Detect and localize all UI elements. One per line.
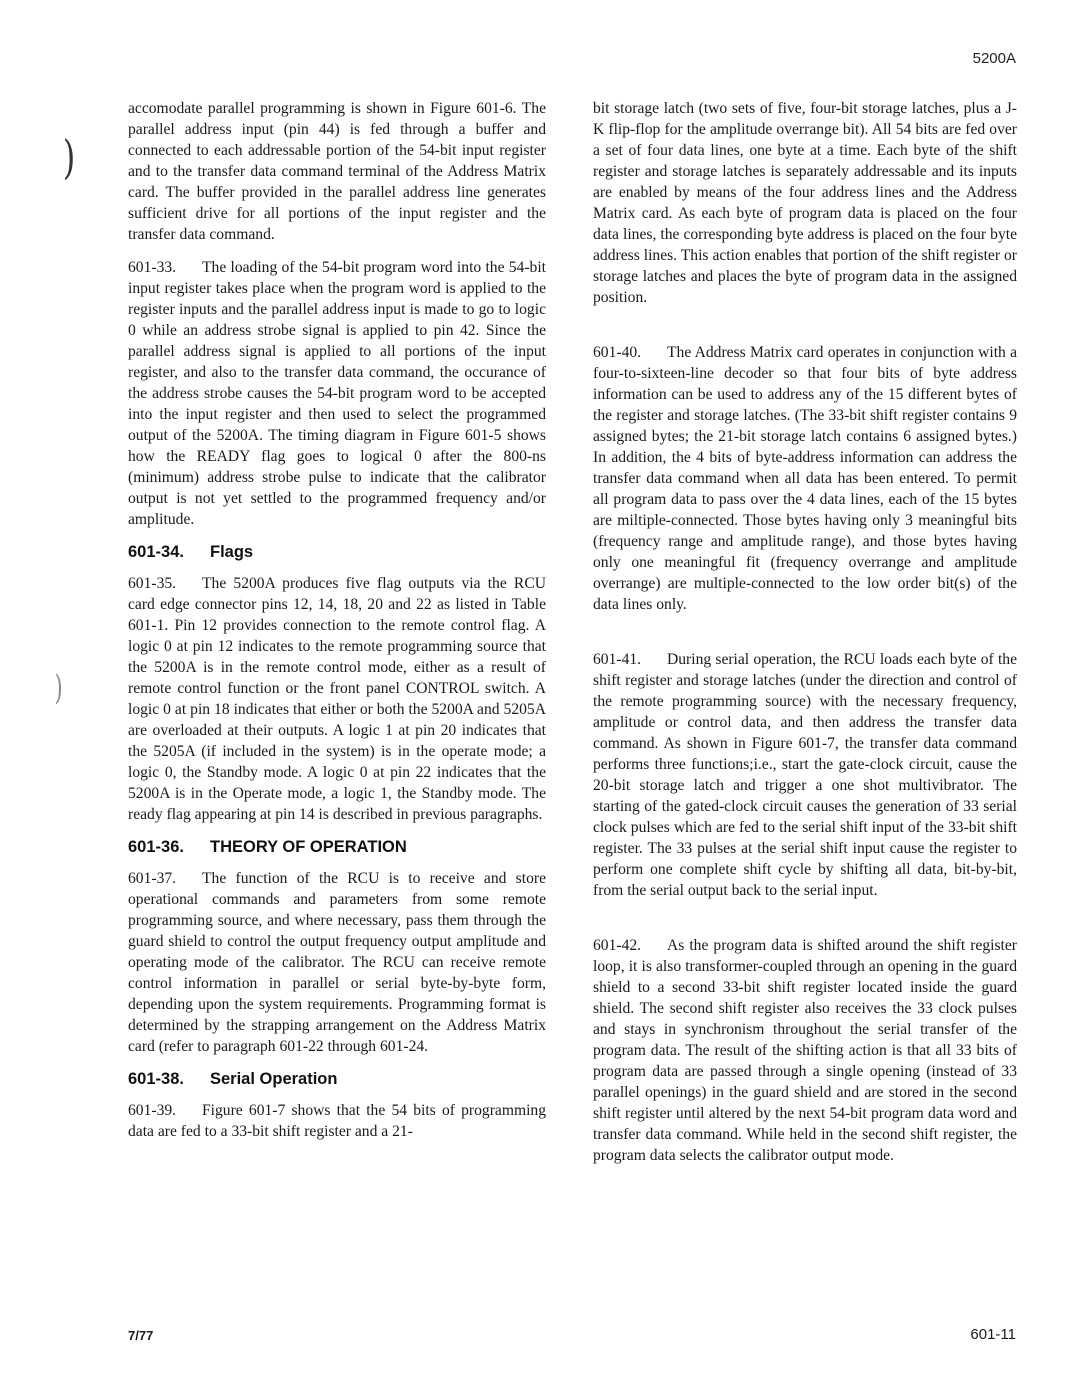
paragraph-number: 601-40. [593, 342, 667, 363]
heading-number: 601-36. [128, 837, 210, 858]
paragraph-text: As the program data is shifted around th… [593, 937, 1017, 1164]
paragraph-601-40: 601-40.The Address Matrix card operates … [593, 342, 1017, 615]
footer-date: 7/77 [128, 1328, 153, 1343]
heading-title: Serial Operation [210, 1070, 337, 1088]
heading-title: THEORY OF OPERATION [210, 838, 407, 856]
paragraph-number: 601-33. [128, 257, 202, 278]
margin-binding-mark: ) [63, 130, 76, 184]
paragraph-text: The loading of the 54-bit program word i… [128, 259, 546, 528]
intro-paragraph: accomodate parallel programming is shown… [128, 98, 546, 245]
footer-page-number: 601-11 [970, 1326, 1016, 1343]
paragraph-601-35: 601-35.The 5200A produces five flag outp… [128, 573, 546, 825]
section-heading-theory-of-operation: 601-36.THEORY OF OPERATION [128, 837, 546, 858]
paragraph-number: 601-42. [593, 935, 667, 956]
paragraph-601-37: 601-37.The function of the RCU is to rec… [128, 868, 546, 1057]
continued-paragraph: bit storage latch (two sets of five, fou… [593, 98, 1017, 308]
paragraph-text: The function of the RCU is to receive an… [128, 870, 546, 1055]
paragraph-601-33: 601-33.The loading of the 54-bit program… [128, 257, 546, 530]
paragraph-text: The 5200A produces five flag outputs via… [128, 575, 546, 823]
section-heading-serial-operation: 601-38.Serial Operation [128, 1069, 546, 1090]
margin-binding-mark: ) [55, 668, 63, 708]
header-model-number: 5200A [973, 50, 1016, 67]
heading-number: 601-34. [128, 542, 210, 563]
paragraph-601-39: 601-39.Figure 601-7 shows that the 54 bi… [128, 1100, 546, 1142]
paragraph-text: The Address Matrix card operates in conj… [593, 344, 1017, 613]
paragraph-601-42: 601-42.As the program data is shifted ar… [593, 935, 1017, 1166]
paragraph-601-41: 601-41.During serial operation, the RCU … [593, 649, 1017, 901]
heading-title: Flags [210, 543, 253, 561]
paragraph-number: 601-41. [593, 649, 667, 670]
paragraph-number: 601-37. [128, 868, 202, 889]
paragraph-number: 601-35. [128, 573, 202, 594]
paragraph-number: 601-39. [128, 1100, 202, 1121]
left-column: accomodate parallel programming is shown… [128, 98, 546, 1154]
right-column: bit storage latch (two sets of five, fou… [593, 98, 1017, 1178]
paragraph-text: During serial operation, the RCU loads e… [593, 651, 1017, 899]
section-heading-flags: 601-34.Flags [128, 542, 546, 563]
heading-number: 601-38. [128, 1069, 210, 1090]
